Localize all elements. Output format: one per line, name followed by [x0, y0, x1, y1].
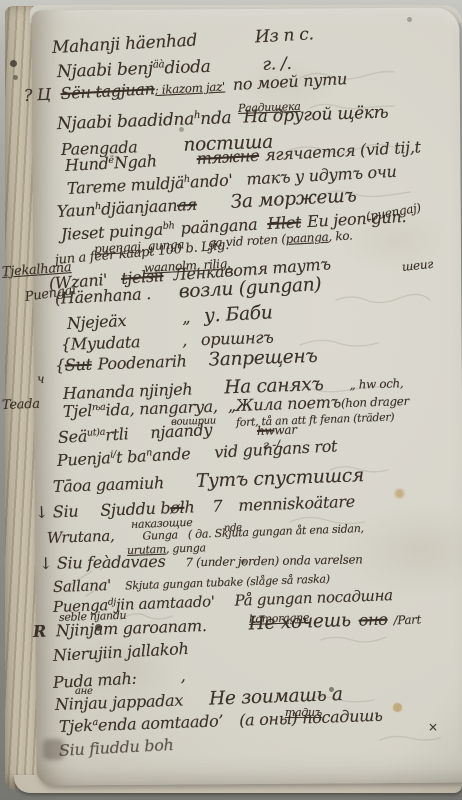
manuscript-page — [31, 8, 462, 786]
ink-specks-and-stains — [0, 0, 3, 3]
photo-of-manuscript: Mahanji häenhadИз п с.Njaabi benjäàdioda… — [0, 0, 462, 800]
